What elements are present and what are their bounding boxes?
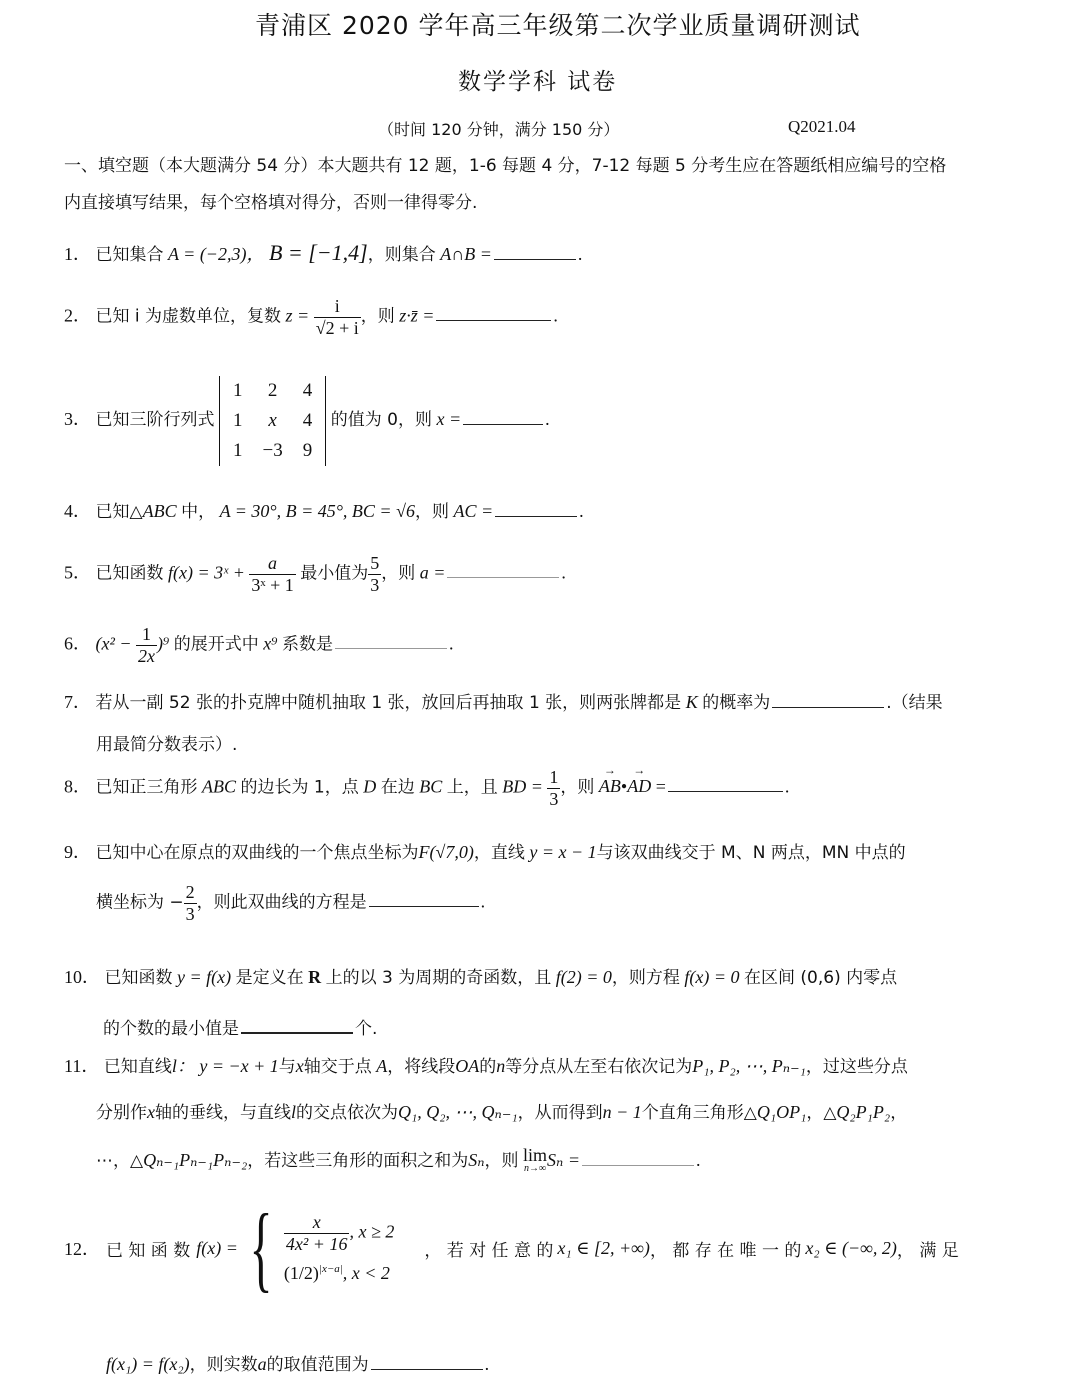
question-12-line2: f(x₁) = f(x₂)，则实数a的取值范围为. [106,1350,489,1375]
math-expr: (x² − [96,633,132,653]
math-expr: x [296,1056,304,1076]
math-expr: OA [455,1056,479,1076]
question-5: 5． 已知函数 f(x) = 3ˣ + a3ˣ + 1 最小值为53，则 a =… [64,553,566,595]
question-11-line3: ⋯，△Qₙ₋₁Pₙ₋₁Pₙ₋₂，若这些三角形的面积之和为Sₙ，则 limn→∞S… [96,1146,701,1174]
real-numbers-symbol: R [308,967,321,987]
math-expr: f(x) = [196,1238,238,1259]
question-text: ，则 [415,502,449,522]
answer-blank[interactable] [371,1368,483,1370]
question-text: 是定义在 [236,968,304,988]
math-expr: A = (−2,3)， [168,244,264,264]
numerator: a [249,553,295,575]
answer-blank[interactable] [447,576,559,578]
math-expr: n [496,1056,505,1076]
period: . [481,891,486,911]
case-2: (1/2)|x−a|, x < 2 [284,1263,394,1284]
numerator: 1 [547,767,560,789]
numerator: 5 [368,553,381,575]
fraction: 23 [184,882,197,924]
question-text: 的个数的最小值是 [103,1019,239,1039]
question-text: 已知集合 [96,245,164,265]
math-expr: ABC [202,776,236,796]
period: . [578,244,583,264]
math-expr: a [258,1354,267,1374]
exam-subtitle: 数学学科 试卷 [458,63,617,96]
question-text: 与 [279,1057,296,1077]
math-expr: ABC [143,501,177,521]
question-text: 的概率为 [702,693,770,713]
question-text: ， 都 存 在 唯 一 的 [650,1236,801,1261]
numerator: 2 [184,882,197,904]
case-condition: , x ≥ 2 [349,1222,394,1242]
question-text: 个直角三角形△ [642,1103,757,1123]
fraction: 13 [547,767,560,809]
question-3: 3． 已知三阶行列式 124 1x4 1−39 的值为 0，则 x =. [64,376,550,466]
math-expr: P₁, P₂, ⋯, Pₙ₋₁ [692,1056,806,1076]
math-expr: n − 1 [603,1102,642,1122]
question-text: 的边长为 1，点 [241,777,359,797]
question-text: ，则 [560,777,594,797]
question-text: ，则此双曲线的方程是 [197,892,367,912]
matrix-cell: 1 [223,376,253,406]
question-number: 12． [64,1235,100,1261]
math-expr: f(x) = 0 [684,967,739,987]
matrix-cell: x [253,406,293,436]
math-expr: z·z̄ = [399,305,434,325]
answer-blank[interactable] [772,706,884,708]
answer-blank[interactable] [582,1164,694,1166]
math-expr: BC [419,776,442,796]
question-2: 2． 已知 i 为虚数单位，复数 z = i√2 + i，则 z·z̄ =. [64,296,558,338]
question-9-line1: 9． 已知中心在原点的双曲线的一个焦点坐标为F(√7,0)，直线 y = x −… [64,838,906,864]
question-9-line2: 横坐标为 −23，则此双曲线的方程是. [96,882,485,924]
question-text: 轴交于点 [304,1057,372,1077]
denominator: 3ˣ + 1 [249,575,295,596]
matrix-cell: −3 [253,436,293,466]
question-text: ，从而得到 [518,1103,603,1123]
numerator: i [314,296,361,318]
math-expr: f(x₁) = f(x₂) [106,1354,190,1374]
question-text: ，则实数 [190,1355,258,1375]
answer-blank[interactable] [436,319,551,321]
numerator: 1 [136,624,157,646]
math-expr: BD = [502,776,543,796]
left-brace: { [249,1200,272,1296]
numerator: x [284,1212,350,1234]
question-text: ，若这些三角形的面积之和为 [247,1151,468,1171]
answer-blank[interactable] [494,258,576,260]
answer-blank[interactable] [369,905,479,907]
matrix-cell: 1 [223,436,253,466]
question-text: ，过这些分点 [806,1057,908,1077]
section-instructions-line2: 内直接填写结果，每个空格填对得分，否则一律得零分. [64,188,477,213]
answer-blank[interactable] [463,423,543,425]
answer-blank[interactable] [495,515,577,517]
question-text: 个. [355,1019,377,1039]
math-expr: F(√7,0) [419,842,474,862]
question-11-line1: 11． 已知直线l： y = −x + 1与x轴交于点 A，将线段OA的n等分点… [64,1052,908,1078]
math-expr: f(2) = 0 [556,967,612,987]
question-text: 的 [479,1057,496,1077]
exam-code: Q2021.04 [788,117,856,137]
fraction: i√2 + i [314,296,361,338]
math-expr: x⁹ [263,633,277,653]
question-text: 已知△ [96,502,143,522]
exam-title: 青浦区 2020 学年高三年级第二次学业质量调研测试 [255,6,861,42]
question-text: 若从一副 52 张的扑克牌中随机抽取 1 张，放回后再抽取 1 张，则两张牌都是 [96,693,682,713]
period: . [485,1354,490,1374]
question-text: ⋯，△ [96,1151,143,1171]
math-expr: x = [436,409,461,429]
question-number: 3． [64,409,91,429]
math-expr: f(x) = 3ˣ + [168,562,245,582]
question-text: 上的以 3 为周期的奇函数，且 [326,968,552,988]
math-expr: y = f(x) [177,967,231,987]
question-text: 分别作 [96,1103,147,1123]
question-text: 已知函数 [105,968,173,988]
question-11-line2: 分别作x轴的垂线，与直线l的交点依次为Q₁, Q₂, ⋯, Qₙ₋₁，从而得到n… [96,1098,907,1123]
vector-ad: AD [627,776,651,797]
question-text: 中， [181,502,215,522]
answer-blank[interactable] [335,647,447,649]
question-number: 2． [64,305,91,325]
time-info: （时间 120 分钟，满分 150 分） [378,117,619,140]
question-1: 1． 已知集合 A = (−2,3)， B = [−1,4]，则集合 A∩B =… [64,240,582,266]
question-text: 最小值为 [300,563,368,583]
exponent: |x−a| [319,1263,343,1275]
math-expr: (1/2) [284,1263,319,1283]
math-expr: x₂ ∈ (−∞, 2) [805,1238,897,1259]
math-expr: x₁ ∈ [2, +∞) [557,1238,650,1259]
question-text: ，则方程 [612,968,680,988]
question-text: ， 满 足 [897,1236,959,1261]
question-number: 11． [64,1056,99,1076]
matrix-cell: 2 [253,376,293,406]
question-10-line2: 的个数的最小值是个. [103,1014,377,1039]
question-text: 横坐标为 − [96,892,184,912]
question-4: 4． 已知△ABC 中， A = 30°, B = 45°, BC = √6，则… [64,497,584,523]
question-text: 在边 [381,777,415,797]
determinant-matrix: 124 1x4 1−39 [219,376,326,466]
math-expr: Sₙ = [547,1150,580,1170]
fraction: x4x² + 16 [284,1212,350,1254]
math-expr: A = 30°, B = 45°, BC = √6 [220,501,415,521]
math-expr: x [147,1102,155,1122]
period: . [553,305,558,325]
question-text: ，将线段 [387,1057,455,1077]
math-expr: Q₁OP₁ [757,1102,807,1122]
math-expr: K [686,692,698,712]
case-1: x4x² + 16, x ≥ 2 [284,1212,394,1254]
lim-text: lim [523,1146,547,1164]
question-text: 已知直线 [104,1057,172,1077]
question-text: 已知中心在原点的双曲线的一个焦点坐标为 [96,843,419,863]
denominator: 4x² + 16 [284,1234,350,1255]
math-expr: D [363,776,376,796]
question-text: 已知 i 为虚数单位，复数 [96,306,282,326]
question-text: 系数是 [282,634,333,654]
matrix-cell: 9 [293,436,323,466]
question-text: 在区间 (0,6) 内零点 [744,968,897,988]
question-text: ，则集合 [368,245,436,265]
math-expr: l： [172,1056,195,1076]
question-text: ， [890,1103,907,1123]
math-expr: z = [286,305,310,325]
question-text: 等分点从左至右依次记为 [505,1057,692,1077]
math-expr: = [656,776,666,796]
period: . [579,501,584,521]
question-number: 1． [64,244,91,264]
piecewise-cases: x4x² + 16, x ≥ 2 (1/2)|x−a|, x < 2 [284,1212,394,1283]
question-text: 的取值范围为 [267,1355,369,1375]
question-8: 8． 已知正三角形 ABC 的边长为 1，点 D 在边 BC 上，且 BD = … [64,767,789,809]
math-expr: Sₙ [468,1150,484,1170]
question-text: 已知函数 [96,563,164,583]
fraction: 12x [136,624,157,666]
denominator: 2x [136,646,157,667]
question-text: 的值为 0，则 [331,410,432,430]
question-7-line1: 7． 若从一副 52 张的扑克牌中随机抽取 1 张，放回后再抽取 1 张，则两张… [64,688,943,714]
limit-operator: limn→∞ [523,1146,547,1174]
question-text: 轴的垂线，与直线 [155,1103,291,1123]
matrix-cell: 4 [293,406,323,436]
question-number: 9． [64,842,91,862]
question-number: 4． [64,501,91,521]
question-text: 已知正三角形 [96,777,198,797]
math-expr: )⁹ [157,633,169,653]
case-condition: , x < 2 [343,1263,390,1283]
lim-subscript: n→∞ [523,1164,547,1174]
question-12-line1: 12． 已 知 函 数 f(x) = { x4x² + 16, x ≥ 2 (1… [64,1200,959,1296]
math-expr: A [376,1056,387,1076]
question-text: ，则 [361,306,395,326]
question-7-line2: 用最简分数表示）. [96,730,237,755]
section-instructions-line1: 一、填空题（本大题满分 54 分）本大题共有 12 题，1-6 每题 4 分，7… [64,151,946,176]
question-6: 6． (x² − 12x)⁹ 的展开式中 x⁹ 系数是. [64,624,454,666]
question-number: 7． [64,692,91,712]
question-number: 8． [64,776,91,796]
math-expr: y = −x + 1 [199,1056,278,1076]
matrix-cell: 4 [293,376,323,406]
vector-ab: AB [599,776,621,797]
question-10-line1: 10． 已知函数 y = f(x) 是定义在 R 上的以 3 为周期的奇函数，且… [64,963,897,989]
math-expr: Qₙ₋₁Pₙ₋₁Pₙ₋₂ [143,1150,247,1170]
question-text: 已 知 函 数 [106,1236,190,1261]
question-text: ，则 [485,1151,519,1171]
period: . [545,409,550,429]
answer-blank[interactable] [241,1031,353,1034]
fraction: 53 [368,553,381,595]
question-text: 上，且 [447,777,498,797]
math-expr: Q₂P₁P₂ [836,1102,890,1122]
math-expr: AC = [453,501,493,521]
period: . [696,1150,701,1170]
question-text: 与该双曲线交于 M、N 两点，MN 中点的 [597,843,906,863]
denominator: 3 [547,789,560,810]
question-number: 6． [64,633,91,653]
question-text: ，则 [381,563,415,583]
period: . [561,562,566,582]
fraction: a3ˣ + 1 [249,553,295,595]
math-expr: Q₁, Q₂, ⋯, Qₙ₋₁ [398,1102,518,1122]
question-text: ， 若 对 任 意 的 [424,1236,553,1261]
question-text: .（结果 [886,693,942,713]
answer-blank[interactable] [668,790,783,792]
question-text: 的交点依次为 [296,1103,398,1123]
question-text: 的展开式中 [174,634,259,654]
period: . [449,633,454,653]
denominator: 3 [368,575,381,596]
question-number: 10． [64,967,100,987]
question-text: 已知三阶行列式 [96,410,215,430]
period: . [785,776,790,796]
matrix-cell: 1 [223,406,253,436]
math-expr: a = [420,562,446,582]
denominator: √2 + i [314,318,361,339]
question-text: ，△ [806,1103,836,1123]
question-text: ，直线 [474,843,525,863]
denominator: 3 [184,904,197,925]
question-number: 5． [64,562,91,582]
math-expr: y = x − 1 [529,842,596,862]
math-expr: B = [−1,4] [269,240,368,265]
math-expr: A∩B = [440,244,492,264]
